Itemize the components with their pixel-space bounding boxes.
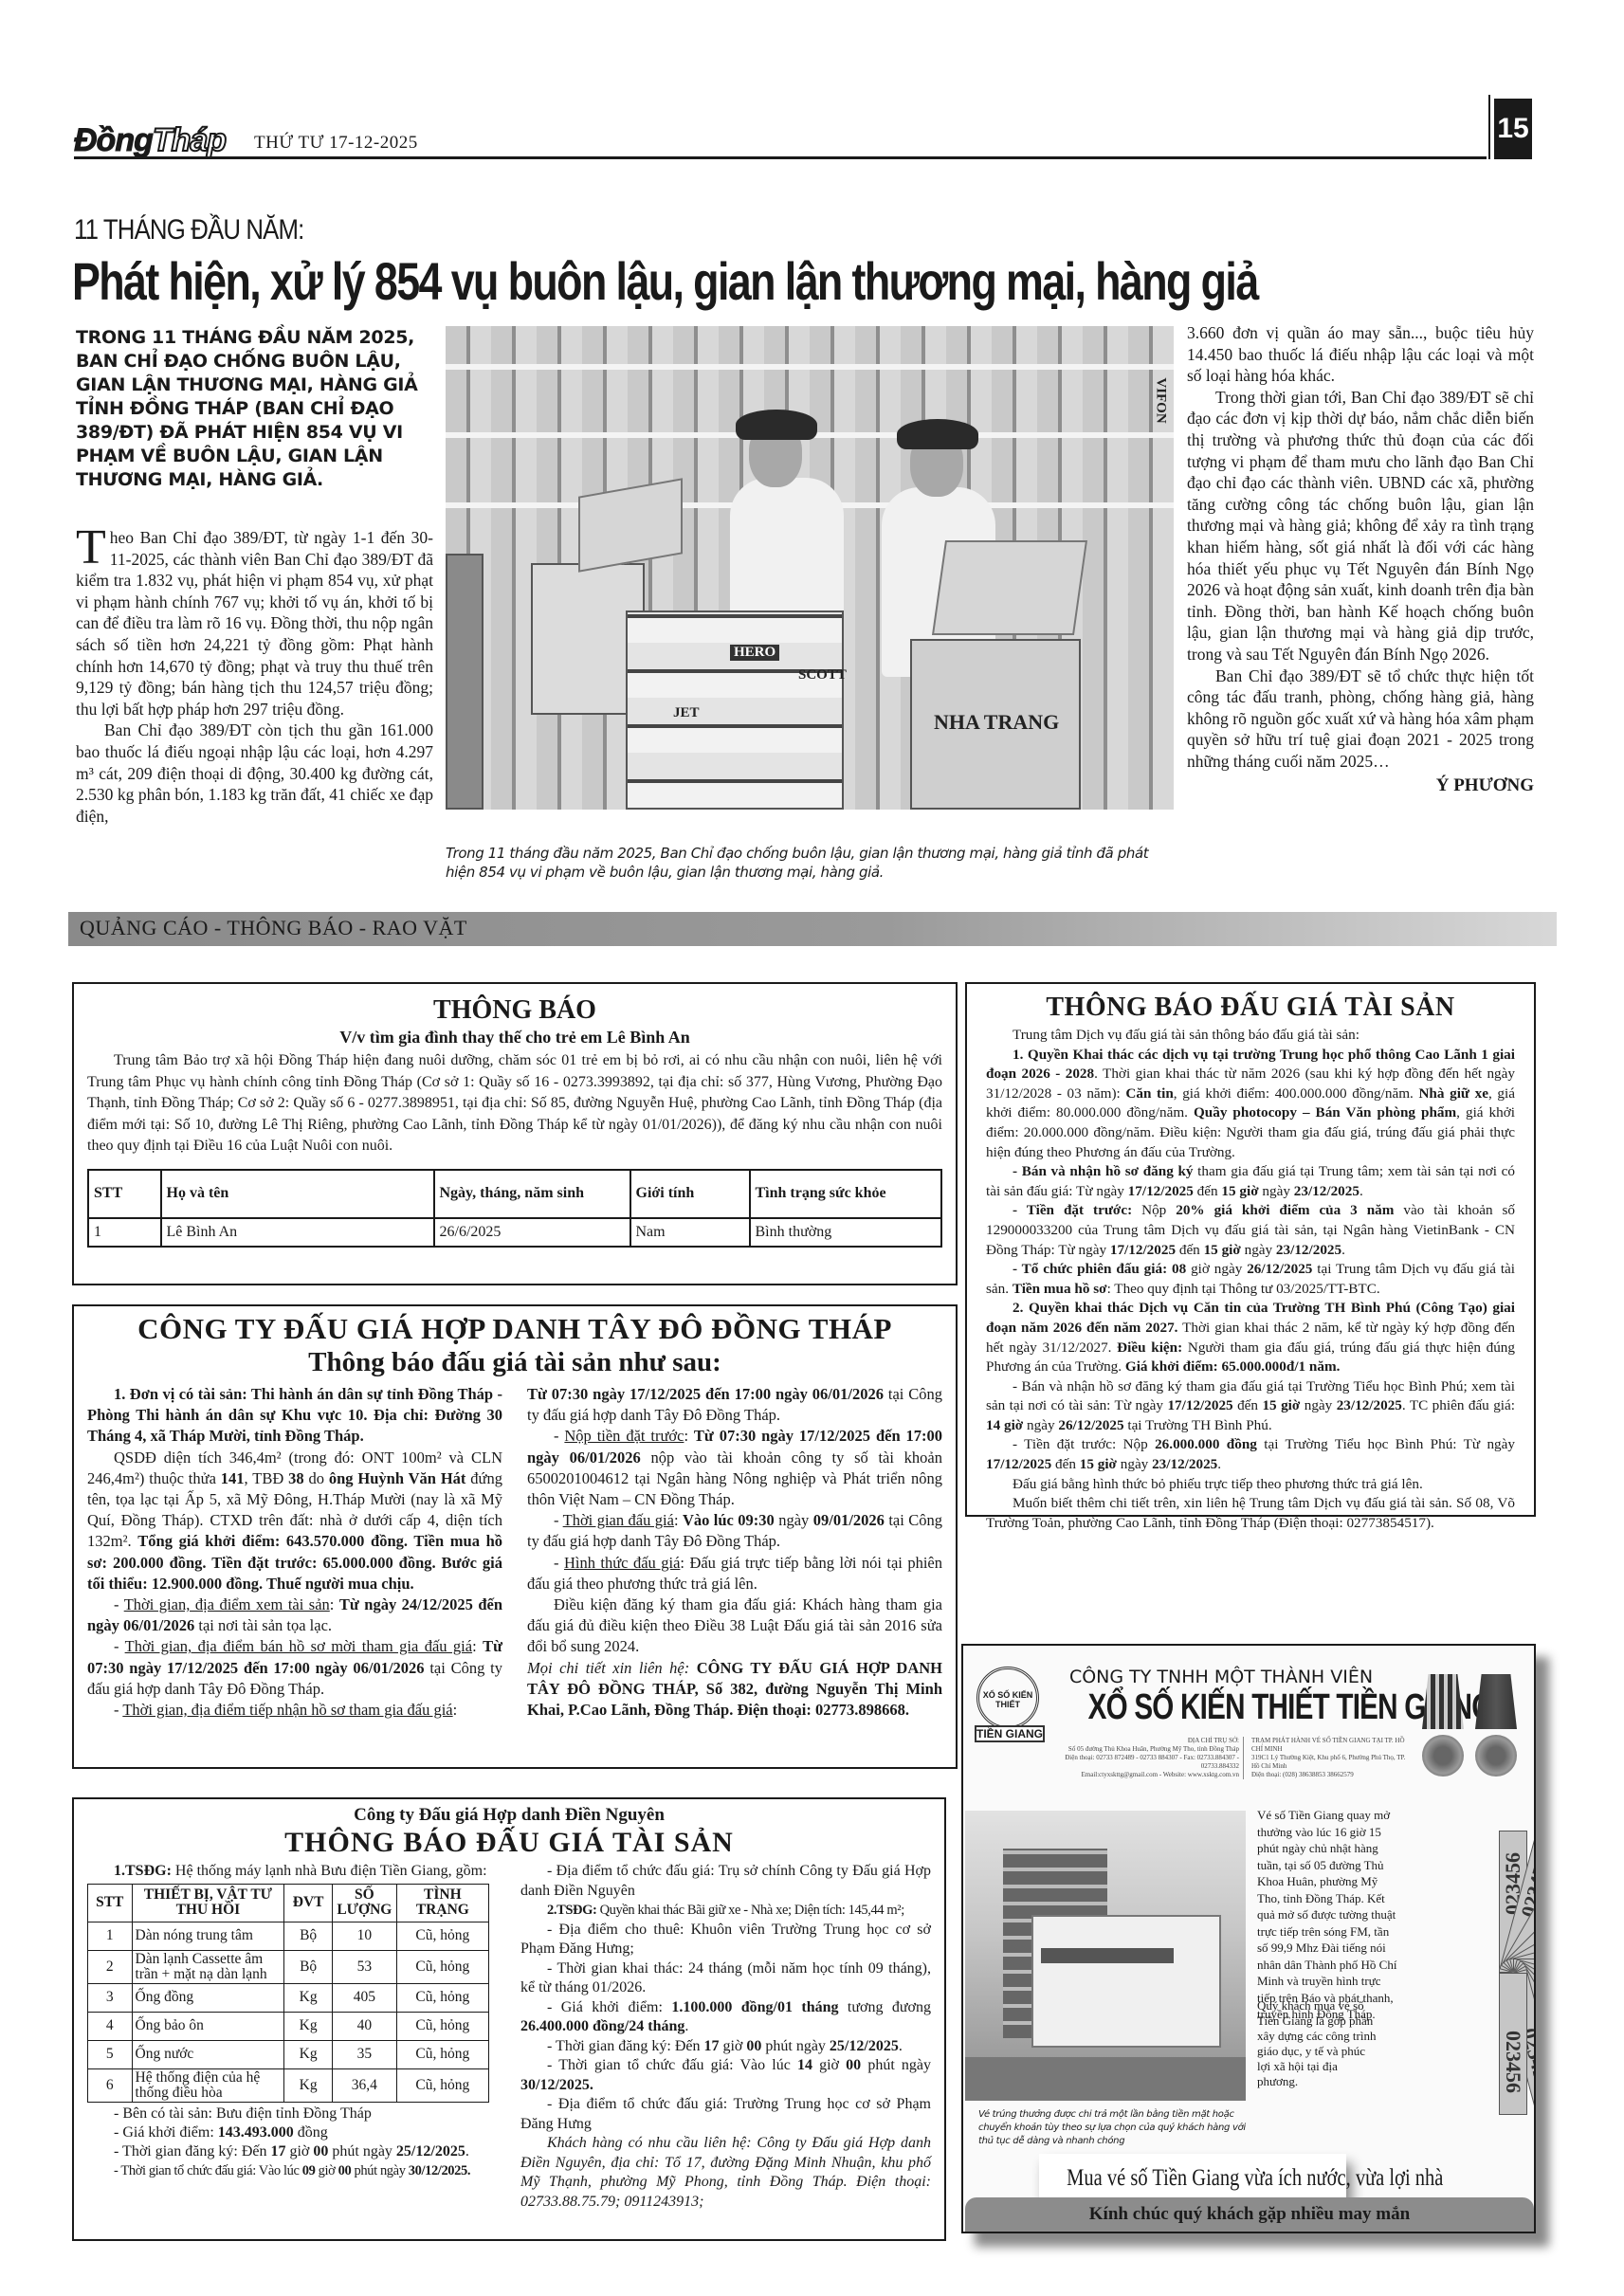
table-row: 3Ống đồngKg405Cũ, hỏng	[88, 1983, 489, 2012]
session-1: - Tổ chức phiên đấu giá: 08 giờ ngày 26/…	[986, 1260, 1515, 1299]
ad-columns: 1.TSĐG: Hệ thống máy lạnh nhà Bưu điện T…	[87, 1862, 931, 2212]
lottery-info-2: Quý khách mua vé số Tiền Giang là góp ph…	[1257, 1998, 1380, 2089]
lottery-seal-icon: XỔ SỐ KIẾN THIẾT	[976, 1667, 1039, 1729]
registration-deadline: - Thời gian đăng ký: Đến 17 giờ 00 phút …	[87, 2142, 498, 2161]
table-cell: 26/6/2025	[434, 1218, 630, 1247]
publication-date: THỨ TƯ 17-12-2025	[254, 133, 418, 154]
auction-item-2: 2. Quyền khai thác Dịch vụ Căn tin của T…	[986, 1299, 1515, 1376]
auction-schedule: - Thời gian đấu giá: Vào lúc 09:30 ngày …	[527, 1510, 942, 1552]
building-photo-caption: Vé trúng thưởng được chi trả một lần bằn…	[978, 2108, 1250, 2148]
dropcap: T	[76, 529, 106, 567]
auction-contact: Khách hàng có nhu cầu liên hệ: Công ty Đ…	[520, 2135, 931, 2210]
article-paragraph: Trong thời gian tới, Ban Chỉ đạo 389/ĐT …	[1187, 387, 1534, 665]
table-row: 1Dàn nóng trung tâmBộ10Cũ, hỏng	[88, 1922, 489, 1950]
table-header: Ngày, tháng, năm sinh	[434, 1170, 630, 1218]
logo-part1: Đồng	[74, 122, 153, 158]
table-cell: Lê Bình An	[161, 1218, 434, 1247]
table-row: 1 Lê Bình An 26/6/2025 Nam Bình thường	[88, 1218, 941, 1247]
table-header: ĐVT	[284, 1884, 333, 1922]
page-number: 15	[1494, 99, 1532, 159]
article-kicker: 11 THÁNG ĐẦU NĂM:	[74, 214, 303, 246]
article-column-right: 3.660 đơn vị quần áo may sẵn..., buộc ti…	[1187, 322, 1534, 797]
ad-column-right: - Địa điểm tổ chức đấu giá: Trụ sở chính…	[520, 1862, 931, 2212]
lottery-ticket: 023456	[1499, 1973, 1527, 2115]
asset-owner: 1. Đơn vị có tài sản: Thi hành án dân sự…	[87, 1385, 502, 1445]
asset-1-details: - Bên có tài sản: Bưu điện tỉnh Đồng Thá…	[87, 2105, 498, 2180]
ad-title: THÔNG BÁO ĐẤU GIÁ TÀI SẢN	[87, 1826, 931, 1860]
logo-part2: Tháp	[153, 122, 226, 158]
company-name-line1: CÔNG TY TNHH MỘT THÀNH VIÊN	[1050, 1667, 1392, 1687]
ad-child-adoption-notice: THÔNG BÁO V/v tìm gia đình thay thế cho …	[72, 982, 958, 1285]
ad-body: Trung tâm Bảo trợ xã hội Đồng Tháp hiện …	[87, 1050, 942, 1157]
photo-cap-1	[736, 410, 817, 440]
asset-1: 1.TSĐG: Hệ thống máy lạnh nhà Bưu điện T…	[87, 1862, 498, 1882]
photo-caption: Trong 11 tháng đầu năm 2025, Ban Chỉ đạo…	[446, 844, 1176, 882]
photo-box	[446, 554, 484, 810]
slogan: Mua vé số Tiền Giang vừa ích nước, vừa l…	[1067, 2165, 1319, 2192]
asset-owner: - Bên có tài sản: Bưu điện tỉnh Đồng Thá…	[87, 2105, 498, 2123]
newspaper-logo: ĐồngTháp	[74, 121, 226, 159]
ad-lottery-tien-giang: XỔ SỐ KIẾN THIẾT TIỀN GIANG CÔNG TY TNHH…	[961, 1644, 1536, 2233]
section-title: QUẢNG CÁO - THÔNG BÁO - RAO VẶT	[80, 916, 467, 940]
masthead: ĐồngTháp THỨ TƯ 17-12-2025	[74, 121, 1487, 159]
photo-label-hero: HERO	[730, 645, 779, 661]
child-info-table: STT Họ và tên Ngày, tháng, năm sinh Giới…	[87, 1169, 942, 1248]
article-photo: NHA TRANG HERO SCOTT JET VIFON	[446, 326, 1174, 810]
article-paragraph: 3.660 đơn vị quần áo may sẵn..., buộc ti…	[1187, 322, 1534, 387]
deposit-2: - Tiền đặt trước: Nộp 26.000.000 đồng tạ…	[986, 1435, 1515, 1474]
medal-icon	[1422, 1674, 1464, 1788]
view-schedule: - Thời gian, địa điểm xem tài sản: Từ ng…	[87, 1594, 502, 1636]
auction-place-2: - Địa điểm tổ chức đấu giá: Trường Trung…	[520, 2095, 931, 2134]
table-header: Tình trạng sức khỏe	[750, 1170, 942, 1218]
auction-time-1: - Thời gian tổ chức đấu giá: Vào lúc 09 …	[87, 2161, 498, 2180]
table-header: STT	[88, 1170, 161, 1218]
table-cell: Bình thường	[750, 1218, 942, 1247]
table-row: 6Hệ thống điện của hệ thống điều hòaKg36…	[88, 2068, 489, 2102]
article-headline: Phát hiện, xử lý 854 vụ buôn lậu, gian l…	[72, 248, 1258, 315]
medal-icon	[1475, 1674, 1517, 1788]
receive-schedule-label: - Thời gian, địa điểm tiếp nhận hồ sơ th…	[87, 1700, 502, 1721]
table-header: STT	[88, 1884, 133, 1922]
table-header-row: STT THIẾT BỊ, VẬT TƯ THU HỒI ĐVT SỐ LƯỢN…	[88, 1884, 489, 1922]
auction-item-1: 1. Quyền Khai thác các dịch vụ tại trườn…	[986, 1046, 1515, 1163]
table-header: TÌNH TRẠNG	[396, 1884, 488, 1922]
hcm-address-block: TRẠM PHÁT HÀNH VÉ SỐ TIỀN GIANG TẠI TP. …	[1251, 1737, 1413, 1779]
ad-column-right: Từ 07:30 ngày 17/12/2025 đến 17:00 ngày …	[527, 1384, 942, 1721]
photo-shelf	[446, 364, 1174, 370]
article-column-left: Theo Ban Chỉ đạo 389/ĐT, từ ngày 1-1 đến…	[76, 527, 433, 827]
auction-contact: Mọi chi tiết xin liên hệ: CÔNG TY ĐẤU GI…	[527, 1658, 942, 1722]
starting-price: - Giá khởi điểm: 143.493.000 đồng	[87, 2123, 498, 2142]
table-cell: Nam	[630, 1218, 750, 1247]
ad-title: CÔNG TY ĐẤU GIÁ HỢP DANH TÂY ĐÔ ĐỒNG THÁ…	[87, 1312, 942, 1346]
auction-conditions: Điều kiện đăng ký tham gia đấu giá: Khác…	[527, 1594, 942, 1658]
ad-subtitle: Thông báo đấu giá tài sản như sau:	[87, 1346, 942, 1378]
lease-time: - Thời gian khai thác: 24 tháng (mỗi năm…	[520, 1959, 931, 1998]
photo-cap-2	[897, 419, 978, 449]
article-paragraph: Ban Chỉ đạo 389/ĐT còn tịch thu gần 161.…	[76, 720, 433, 827]
article-byline: Ý PHƯƠNG	[1187, 775, 1534, 797]
ad-center-auction: THÔNG BÁO ĐẤU GIÁ TÀI SẢN Trung tâm Dịch…	[965, 982, 1536, 1517]
table-header: SỐ LƯỢNG	[333, 1884, 397, 1922]
table-header-row: STT Họ và tên Ngày, tháng, năm sinh Giới…	[88, 1170, 941, 1218]
company-name-line2: XỔ SỐ KIẾN THIẾT TIỀN GIANG	[1088, 1687, 1355, 1728]
ad-diennguyen-auction: Công ty Đấu giá Hợp danh Điền Nguyên THÔ…	[72, 1797, 946, 2241]
ad-column-left: 1.TSĐG: Hệ thống máy lạnh nhà Bưu điện T…	[87, 1862, 498, 2212]
photo-laptop-2	[932, 540, 1087, 635]
building-photo	[965, 1811, 1246, 2101]
photo-label-jet: JET	[673, 705, 700, 721]
table-header: Giới tính	[630, 1170, 750, 1218]
sell-schedule: - Thời gian, địa điểm bán hồ sơ mời tham…	[87, 1636, 502, 1700]
starting-price-2: - Giá khởi điểm: 1.100.000 đồng/01 tháng…	[520, 1998, 931, 2037]
auction-time-2: - Thời gian tổ chức đấu giá: Vào lúc 14 …	[520, 2056, 931, 2095]
ad-title: THÔNG BÁO ĐẤU GIÁ TÀI SẢN	[986, 992, 1515, 1024]
section-band: QUẢNG CÁO - THÔNG BÁO - RAO VẶT	[68, 912, 1557, 946]
ad-intro: Trung tâm Dịch vụ đấu giá tài sản thông …	[986, 1026, 1515, 1046]
table-cell: 1	[88, 1218, 161, 1247]
photo-cigarette-stack	[626, 610, 844, 810]
registration-deadline-2: - Thời gian đăng ký: Đến 17 giờ 00 phút …	[520, 2037, 931, 2057]
receive-schedule: Từ 07:30 ngày 17/12/2025 đến 17:00 ngày …	[527, 1384, 942, 1426]
page-number-rule	[1488, 95, 1490, 159]
registration-1: - Bán và nhận hồ sơ đăng ký tham gia đấu…	[986, 1162, 1515, 1201]
ad-org: Công ty Đấu giá Hợp danh Điền Nguyên	[87, 1805, 931, 1826]
auction-method: Đấu giá bằng hình thức bỏ phiếu trực tiế…	[986, 1475, 1515, 1495]
equipment-table: STT THIẾT BỊ, VẬT TƯ THU HỒI ĐVT SỐ LƯỢN…	[87, 1884, 489, 2103]
table-row: 4Ống bảo ônKg40Cũ, hỏng	[88, 2012, 489, 2040]
asset-description: QSDĐ diện tích 346,4m² (trong đó: ONT 10…	[87, 1448, 502, 1594]
photo-label-scott: SCOTT	[798, 667, 847, 683]
table-row: 5Ống nướcKg35Cũ, hỏng	[88, 2040, 489, 2068]
ad-columns: 1. Đơn vị có tài sản: Thi hành án dân sự…	[87, 1384, 942, 1721]
ad-subtitle: V/v tìm gia đình thay thế cho trẻ em Lê …	[87, 1026, 942, 1048]
table-row: 2Dàn lạnh Cassette âm trần + mặt nạ dàn …	[88, 1950, 489, 1983]
hq-address-block: ĐỊA CHỈ TRỤ SỞ: Số 05 đường Thủ Khoa Huâ…	[1054, 1737, 1244, 1779]
auction-contact: Muốn biết thêm chi tiết trên, xin liên h…	[986, 1494, 1515, 1533]
article-paragraph: Theo Ban Chỉ đạo 389/ĐT, từ ngày 1-1 đến…	[76, 527, 433, 720]
photo-label-nhatrang: NHA TRANG	[934, 710, 1059, 735]
asset-prices: Tổng giá khởi điểm: 643.570.000 đồng. Ti…	[87, 1532, 502, 1592]
article-paragraph: Ban Chỉ đạo 389/ĐT sẽ tổ chức thực hiện …	[1187, 665, 1534, 773]
auction-place-1: - Địa điểm tổ chức đấu giá: Trụ sở chính…	[520, 1862, 931, 1901]
ad-title: THÔNG BÁO	[87, 995, 942, 1026]
deposit-schedule: - Nộp tiền đặt trước: Từ 07:30 ngày 17/1…	[527, 1426, 942, 1510]
registration-2: - Bán và nhận hồ sơ đăng ký tham gia đấu…	[986, 1377, 1515, 1436]
table-header: THIẾT BỊ, VẬT TƯ THU HỒI	[132, 1884, 284, 1922]
auction-form: - Hình thức đấu giá: Đấu giá trực tiếp b…	[527, 1553, 942, 1594]
ad-taydo-auction: CÔNG TY ĐẤU GIÁ HỢP DANH TÂY ĐÔ ĐỒNG THÁ…	[72, 1304, 958, 1769]
asset-2: 2.TSĐG: Quyền khai thác Bãi giữ xe - Nhà…	[520, 1901, 931, 1921]
ad-column-left: 1. Đơn vị có tài sản: Thi hành án dân sự…	[87, 1384, 502, 1721]
lease-place: - Địa điểm cho thuê: Khuôn viên Trường T…	[520, 1921, 931, 1959]
article-sapo: TRONG 11 THÁNG ĐẦU NĂM 2025, BAN CHỈ ĐẠO…	[76, 326, 436, 492]
table-header: Họ và tên	[161, 1170, 434, 1218]
lottery-tickets-fan: 023456 023456 023456 023456 023456 02345…	[1371, 1797, 1536, 2139]
photo-laptop-1	[578, 478, 683, 572]
wish-banner: Kính chúc quý khách gặp nhiều may mắn	[965, 2197, 1534, 2232]
deposit-1: - Tiền đặt trước: Nộp 20% giá khởi điểm …	[986, 1201, 1515, 1260]
lottery-seal-tag: TIỀN GIANG	[975, 1725, 1045, 1742]
photo-label-vifon: VIFON	[1153, 377, 1169, 423]
